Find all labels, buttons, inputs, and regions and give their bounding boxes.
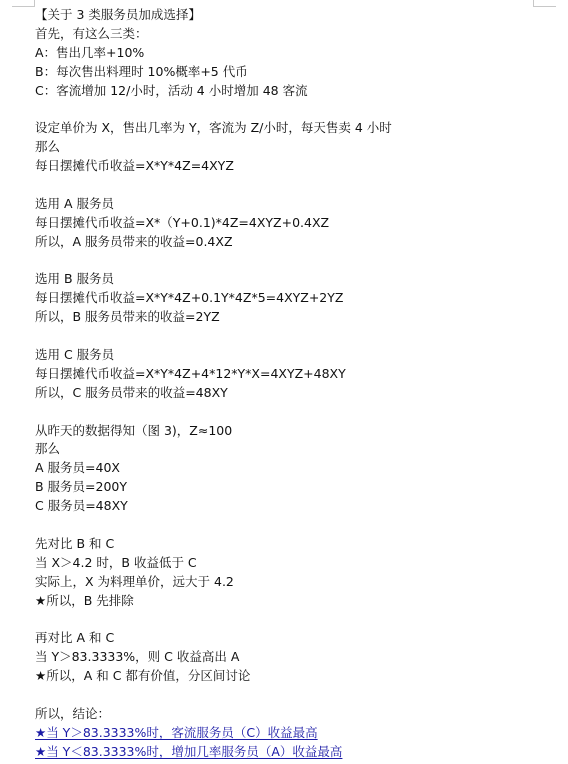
type-c-description: C：客流增加 12/小时，活动 4 小时增加 48 客流 (35, 82, 535, 101)
setup-definition: 设定单价为 X，售出几率为 Y，客流为 Z/小时，每天售卖 4 小时 (35, 119, 535, 138)
document-title: 【关于 3 类服务员加成选择】 (35, 6, 535, 25)
option-a-result: 所以，A 服务员带来的收益=0.4XZ (35, 233, 535, 252)
data-b-value: B 服务员=200Y (35, 478, 535, 497)
compare-ac-condition: 当 Y＞83.3333%，则 C 收益高出 A (35, 648, 535, 667)
option-c-heading: 选用 C 服务员 (35, 346, 535, 365)
option-a-heading: 选用 A 服务员 (35, 195, 535, 214)
option-c-result: 所以，C 服务员带来的收益=48XY (35, 384, 535, 403)
blank-line (35, 611, 535, 630)
page-margin-mark-left (12, 0, 35, 7)
conclusion-link-a[interactable]: ★当 Y＜83.3333%时，增加几率服务员（A）收益最高 (35, 743, 535, 762)
data-a-value: A 服务员=40X (35, 459, 535, 478)
option-c-formula: 每日摆摊代币收益=X*Y*4Z+4*12*Y*X=4XYZ+48XY (35, 365, 535, 384)
option-b-result: 所以，B 服务员带来的收益=2YZ (35, 308, 535, 327)
blank-line (35, 403, 535, 422)
setup-then: 那么 (35, 138, 535, 157)
compare-bc-heading: 先对比 B 和 C (35, 535, 535, 554)
compare-ac-heading: 再对比 A 和 C (35, 629, 535, 648)
page-margin-mark-right (533, 0, 556, 7)
conclusion-heading: 所以，结论： (35, 705, 535, 724)
intro-heading: 首先，有这么三类： (35, 25, 535, 44)
option-b-heading: 选用 B 服务员 (35, 270, 535, 289)
type-b-description: B：每次售出料理时 10%概率+5 代币 (35, 63, 535, 82)
data-c-value: C 服务员=48XY (35, 497, 535, 516)
setup-base-formula: 每日摆摊代币收益=X*Y*4Z=4XYZ (35, 157, 535, 176)
blank-line (35, 100, 535, 119)
option-a-formula: 每日摆摊代币收益=X*（Y+0.1)*4Z=4XYZ+0.4XZ (35, 214, 535, 233)
blank-line (35, 252, 535, 271)
compare-ac-verdict: ★所以，A 和 C 都有价值，分区间讨论 (35, 667, 535, 686)
type-a-description: A：售出几率+10% (35, 44, 535, 63)
conclusion-link-c[interactable]: ★当 Y＞83.3333%时，客流服务员（C）收益最高 (35, 724, 535, 743)
option-b-formula: 每日摆摊代币收益=X*Y*4Z+0.1Y*4Z*5=4XYZ+2YZ (35, 289, 535, 308)
blank-line (35, 176, 535, 195)
blank-line (35, 327, 535, 346)
document-body: 【关于 3 类服务员加成选择】 首先，有这么三类： A：售出几率+10% B：每… (35, 6, 535, 762)
blank-line (35, 516, 535, 535)
data-source: 从昨天的数据得知（图 3)，Z≈100 (35, 422, 535, 441)
data-then: 那么 (35, 440, 535, 459)
compare-bc-verdict: ★所以，B 先排除 (35, 592, 535, 611)
compare-bc-note: 实际上，X 为料理单价，远大于 4.2 (35, 573, 535, 592)
compare-bc-condition: 当 X＞4.2 时，B 收益低于 C (35, 554, 535, 573)
blank-line (35, 686, 535, 705)
